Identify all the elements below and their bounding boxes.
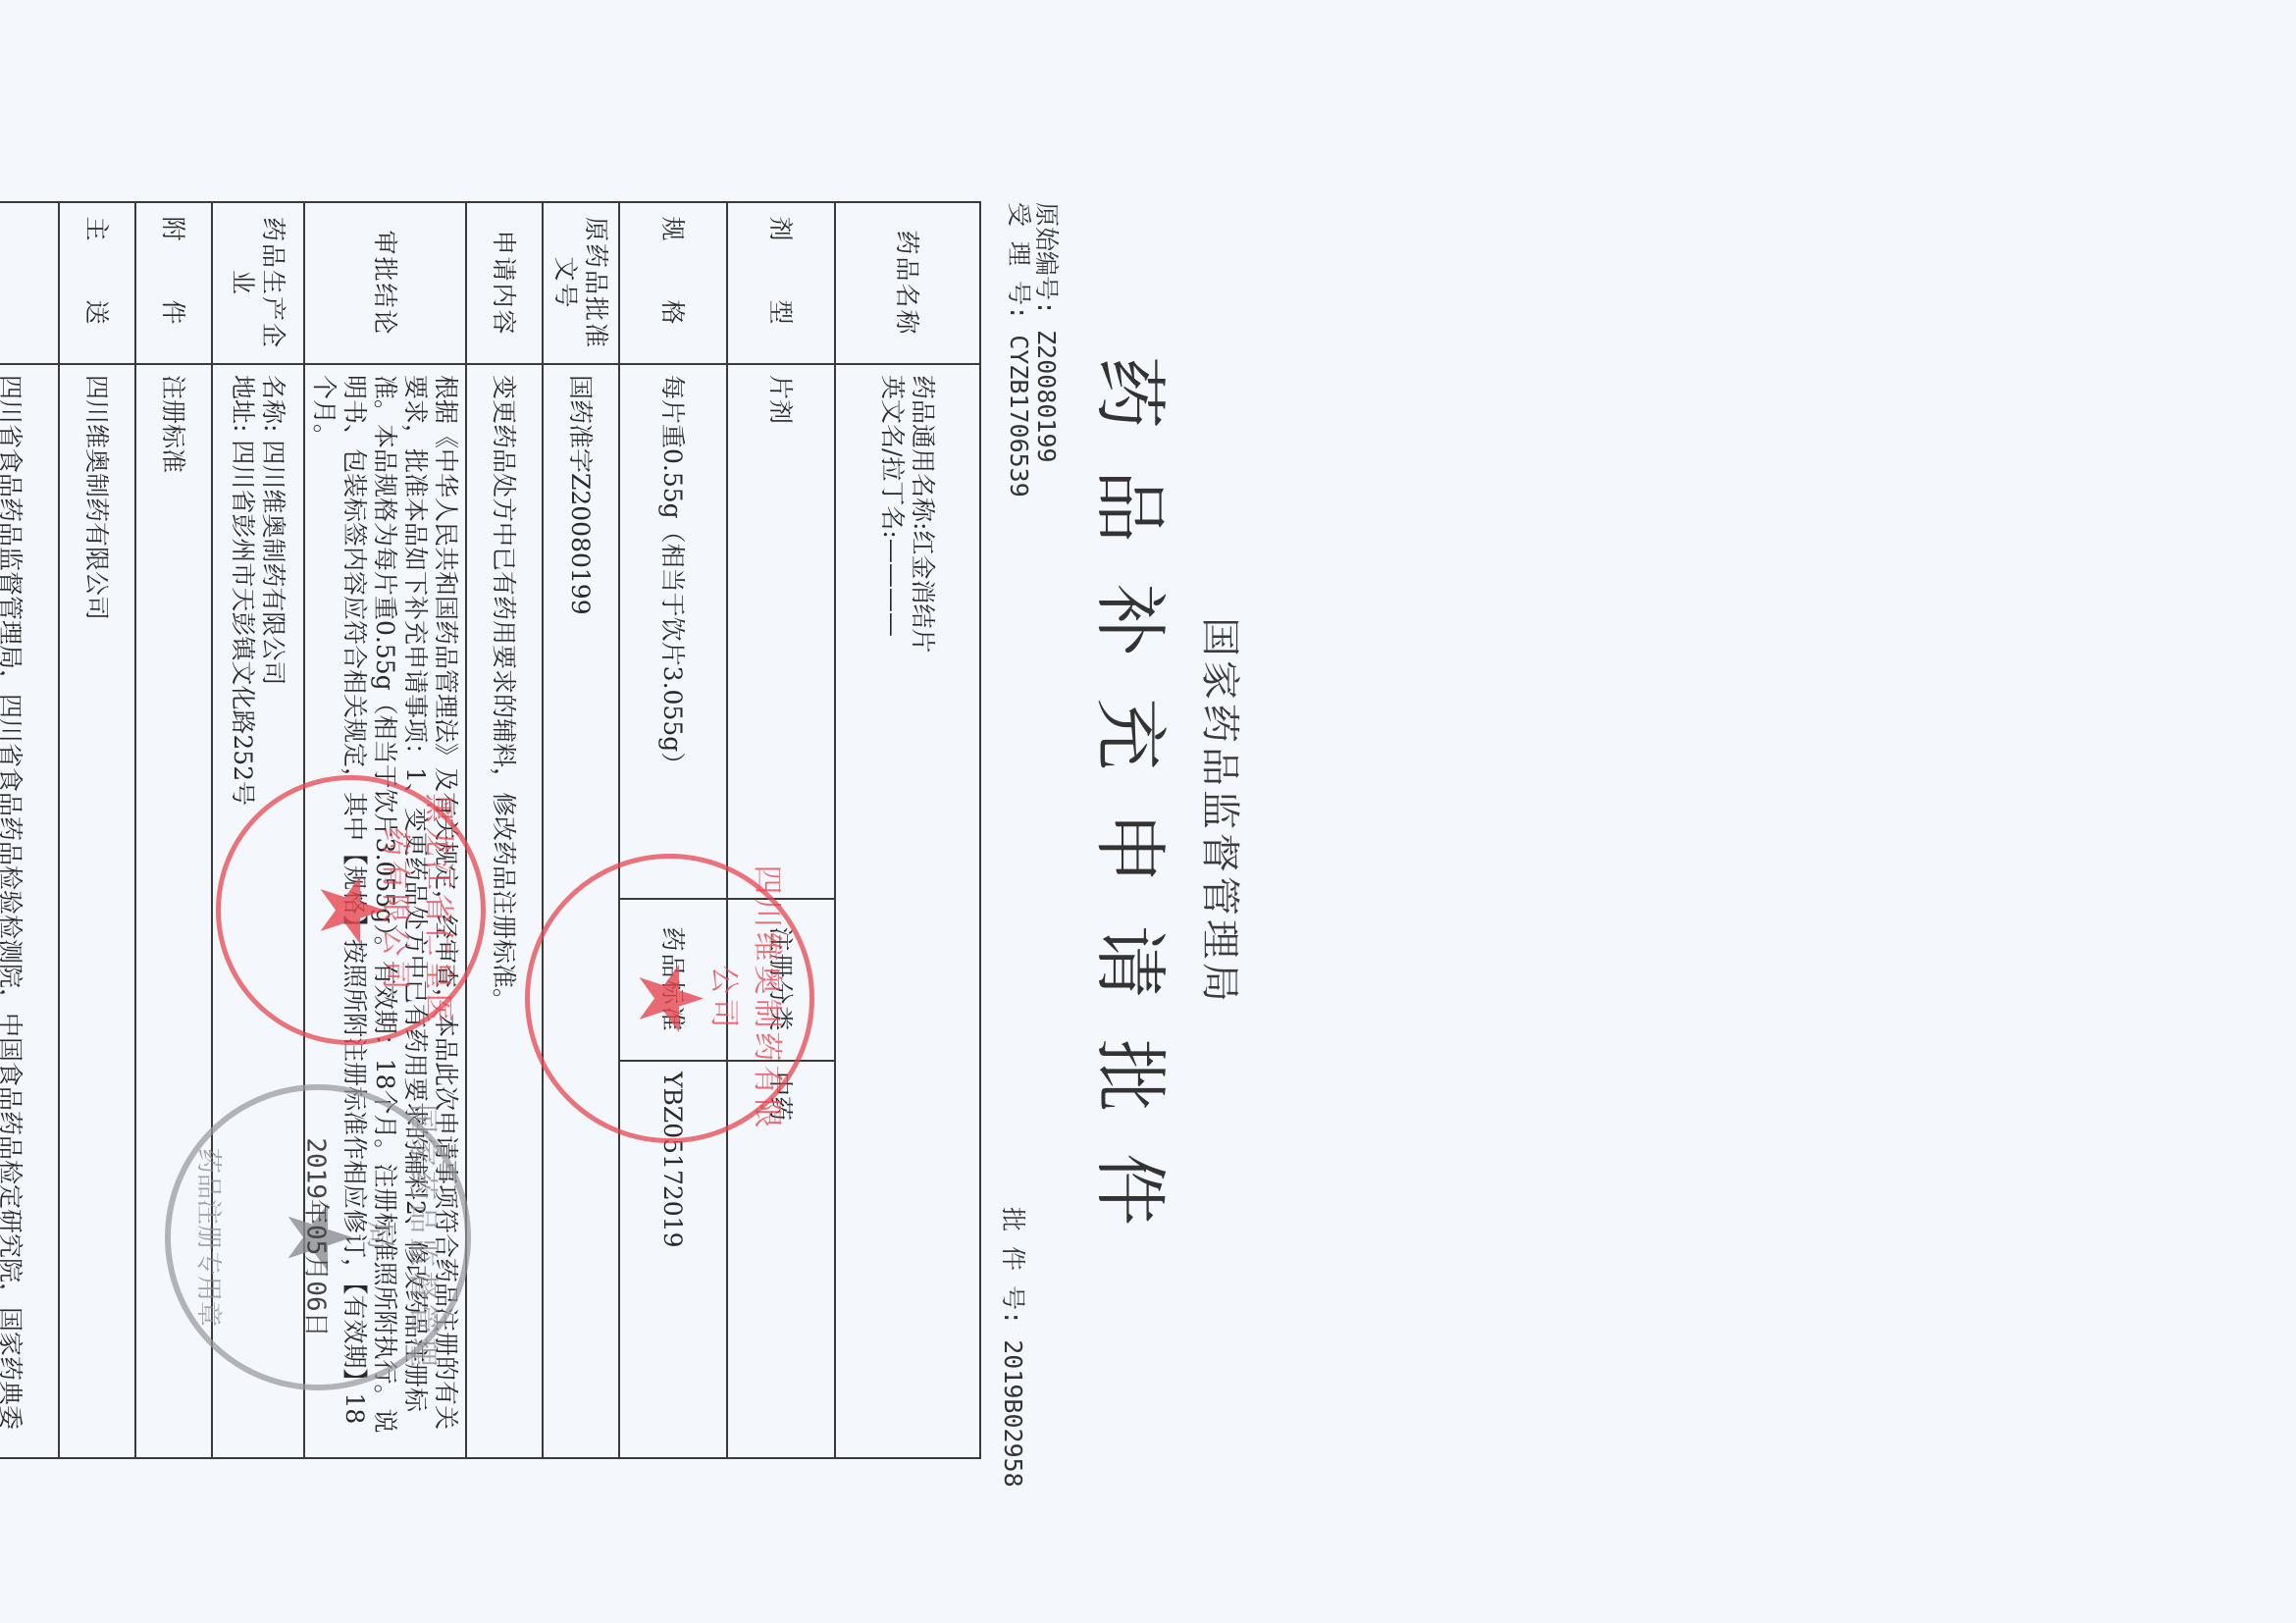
original-number: 原始编号: Z20080199	[1032, 202, 1060, 497]
approval-form-table: 药品名称 药品通用名称:红金消结片 英文名/拉丁名:———— 剂 型 片剂 注册…	[0, 201, 981, 1459]
drug-name-value: 药品通用名称:红金消结片 英文名/拉丁名:————	[835, 364, 980, 1458]
document-title: 药品补充申请批件	[1083, 0, 1187, 1623]
row-spec: 规 格 每片重0.55g（相当于饮片3.055g） 药品标准 YBZ051720…	[619, 202, 727, 1458]
row-cc: 抄 送 四川省食品药品监督管理局，四川省食品药品检验检测院，中国食品药品检定研究…	[0, 202, 59, 1458]
registration-seal-stamp: 国家药品监督管理局 ★ 2019年05月06日 药品注册专用章	[165, 1084, 471, 1390]
dosage-form-label: 剂 型	[727, 202, 835, 364]
manufacturer-label: 药品生产企业	[212, 202, 304, 364]
star-icon: ★	[626, 959, 714, 1038]
acceptance-number: 受 理 号: CYZB1706539	[1005, 202, 1032, 497]
row-orig-approval: 原药品批准文号 国药准字Z20080199	[543, 202, 619, 1458]
dosage-form-value: 片剂	[727, 364, 835, 899]
issuing-agency: 国家药品监督管理局	[1195, 0, 1251, 1623]
spec-label: 规 格	[619, 202, 727, 364]
row-dosage-form: 剂 型 片剂 注册分类 中药	[727, 202, 835, 1458]
distributor-seal-stamp: 黑龙江省仁皇医药有限公司 ★	[216, 775, 486, 1045]
conclusion-label: 审批结论	[304, 202, 466, 364]
star-icon: ★	[307, 870, 395, 950]
recipient-value: 四川维奥制药有限公司	[59, 364, 135, 1458]
row-recipient: 主 送 四川维奥制药有限公司	[59, 202, 135, 1458]
row-request: 申请内容 变更药品处方中已有药用要求的辅料，修改药品注册标准。	[466, 202, 543, 1458]
seal-date: 2019年05月06日	[300, 1090, 337, 1385]
spec-value: 每片重0.55g（相当于饮片3.055g）	[619, 364, 727, 899]
reference-numbers: 原始编号: Z20080199 受 理 号: CYZB1706539	[1005, 202, 1060, 497]
orig-approval-label: 原药品批准文号	[543, 202, 619, 364]
document-page: 国家药品监督管理局 药品补充申请批件 原始编号: Z20080199 受 理 号…	[0, 0, 2296, 1623]
cc-value: 四川省食品药品监督管理局，四川省食品药品检验检测院，中国食品药品检定研究院，国家…	[0, 364, 59, 1458]
row-drug-name: 药品名称 药品通用名称:红金消结片 英文名/拉丁名:————	[835, 202, 980, 1458]
cc-label: 抄 送	[0, 202, 59, 364]
approval-number: 批 件 号: 2019B02958	[997, 1207, 1032, 1488]
attachment-label: 附 件	[135, 202, 212, 364]
recipient-label: 主 送	[59, 202, 135, 364]
request-label: 申请内容	[466, 202, 543, 364]
company-seal-stamp: 四川维奥制药有限公司 ★	[525, 854, 814, 1143]
drug-name-label: 药品名称	[835, 202, 980, 364]
